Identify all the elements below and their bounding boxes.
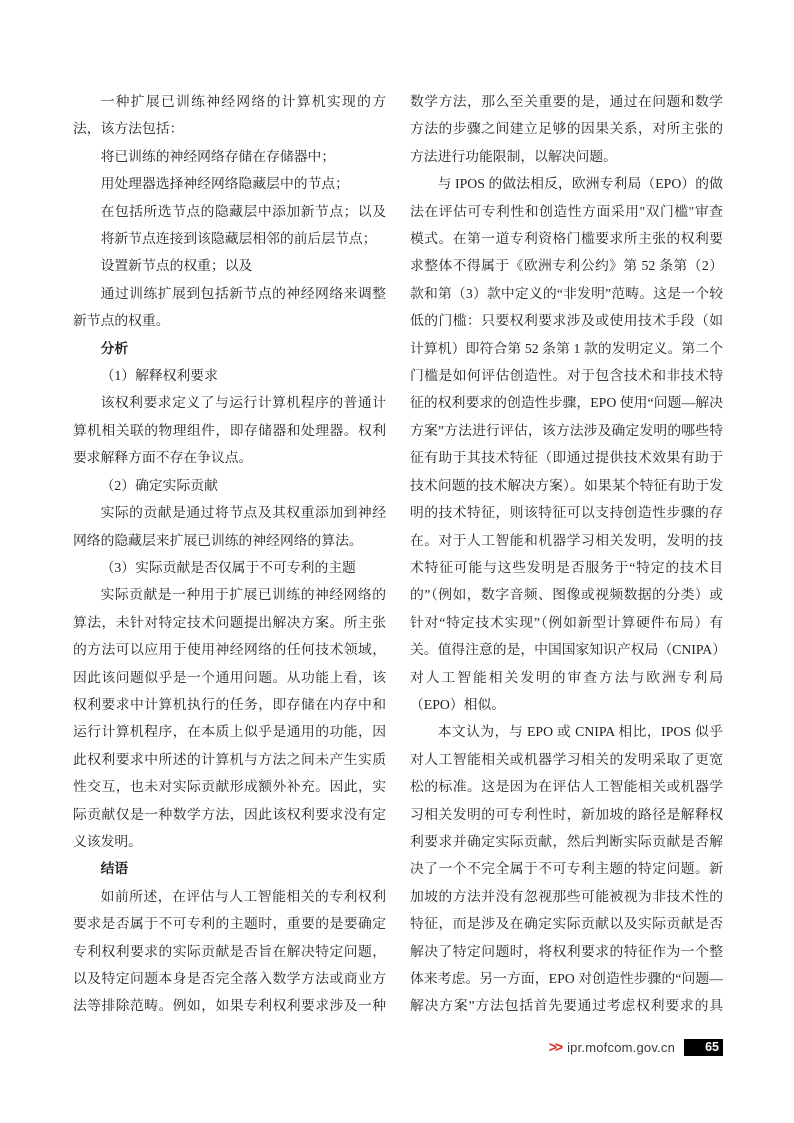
text-line: 算法，未针对特定技术问题提出解决方案。所主张 (73, 609, 386, 636)
text-line: 体来考虑。另一方面，EPO 对创造性步骤的“问题— (410, 965, 723, 992)
text-line: 将已训练的神经网络存储在存储器中； (73, 143, 386, 170)
text-line: 征的权利要求的创造性步骤，EPO 使用“问题—解决 (410, 389, 723, 416)
text-line: 网络的隐藏层来扩展已训练的神经网络的算法。 (73, 527, 386, 554)
double-chevron-right-icon: >> (549, 1039, 561, 1056)
text-line: 关。值得注意的是，中国国家知识产权局（CNIPA） (410, 636, 723, 663)
text-line: 决了一个不完全属于不可专利主题的特定问题。新 (410, 855, 723, 882)
text-line: 通过训练扩展到包括新节点的神经网络来调整 (73, 280, 386, 307)
text-line: 设置新节点的权重；以及 (73, 252, 386, 279)
text-line: 专利权利要求的实际贡献是否旨在解决特定问题， (73, 938, 386, 965)
text-line: 在包括所选节点的隐藏层中添加新节点；以及 (73, 198, 386, 225)
section-heading: 结语 (73, 855, 386, 882)
text-line: 对人工智能相关或机器学习相关的发明采取了更宽 (410, 746, 723, 773)
text-line: 方案”方法进行评估，该方法涉及确定发明的哪些特 (410, 417, 723, 444)
text-line: 以及特定问题本身是否完全落入数学方法或商业方 (73, 965, 386, 992)
text-line: 的方法可以应用于使用神经网络的任何技术领域， (73, 636, 386, 663)
text-line: 模式。在第一道专利资格门槛要求所主张的权利要 (410, 225, 723, 252)
text-line: 术特征可能与这些发明是否服务于“特定的技术目 (410, 554, 723, 581)
text-line: 该权利要求定义了与运行计算机程序的普通计 (73, 389, 386, 416)
text-line: 新节点的权重。 (73, 307, 386, 334)
text-line: 加坡的方法并没有忽视那些可能被视为非技术性的 (410, 883, 723, 910)
text-line: 本文认为，与 EPO 或 CNIPA 相比，IPOS 似乎 (410, 718, 723, 745)
text-line: 解决了特定问题时，将权利要求的特征作为一个整 (410, 938, 723, 965)
text-line: 与 IPOS 的做法相反，欧洲专利局（EPO）的做 (410, 170, 723, 197)
text-column-left: 一种扩展已训练神经网络的计算机实现的方法，该方法包括：将已训练的神经网络存储在存… (73, 88, 386, 1020)
text-line: 此权利要求中所述的计算机与方法之间未产生实质 (73, 746, 386, 773)
text-line: 如前所述，在评估与人工智能相关的专利权利 (73, 883, 386, 910)
text-line: 习相关发明的可专利性时，新加坡的路径是解释权 (410, 801, 723, 828)
text-line: 技术问题的技术解决方案）。如果某个特征有助于发 (410, 472, 723, 499)
text-line: 数学方法，那么至关重要的是，通过在问题和数学 (410, 88, 723, 115)
text-line: 义该发明。 (73, 828, 386, 855)
text-line: 法，该方法包括： (73, 115, 386, 142)
text-line: 因此该问题似乎是一个通用问题。从功能上看，该 (73, 664, 386, 691)
text-line: 法等排除范畴。例如，如果专利权利要求涉及一种 (73, 992, 386, 1019)
text-line: 法在评估可专利性和创造性方面采用"双门槛"审查 (410, 198, 723, 225)
section-heading: 分析 (73, 335, 386, 362)
text-line: 权利要求中计算机执行的任务，即存储在内存中和 (73, 691, 386, 718)
page-number-badge: 65 (684, 1039, 723, 1056)
text-line: （1）解释权利要求 (73, 362, 386, 389)
text-line: 运行计算机程序，在本质上似乎是通用的功能，因 (73, 718, 386, 745)
text-line: 用处理器选择神经网络隐藏层中的节点； (73, 170, 386, 197)
text-line: 要求解释方面不存在争议点。 (73, 444, 386, 471)
text-line: 解决方案”方法包括首先要通过考虑权利要求的具 (410, 992, 723, 1019)
text-line: 实际的贡献是通过将节点及其权重添加到神经 (73, 499, 386, 526)
page-footer: >> ipr.mofcom.gov.cn 65 (0, 1038, 723, 1056)
text-line: 征有助于其技术特征（即通过提供技术效果有助于 (410, 444, 723, 471)
text-line: 的”（例如，数字音频、图像或视频数据的分类）或 (410, 581, 723, 608)
text-line: 计算机）即符合第 52 条第 1 款的发明定义。第二个 (410, 335, 723, 362)
text-line: 在。对于人工智能和机器学习相关发明，发明的技 (410, 527, 723, 554)
text-line: 松的标准。这是因为在评估人工智能相关或机器学 (410, 773, 723, 800)
text-line: 性交互，也未对实际贡献形成额外补充。因此，实 (73, 773, 386, 800)
text-line: 求整体不得属于《欧洲专利公约》第 52 条第（2） (410, 252, 723, 279)
text-line: 门槛是如何评估创造性。对于包含技术和非技术特 (410, 362, 723, 389)
text-line: 要求是否属于不可专利的主题时，重要的是要确定 (73, 910, 386, 937)
text-line: 方法的步骤之间建立足够的因果关系，对所主张的 (410, 115, 723, 142)
text-line: （EPO）相似。 (410, 691, 723, 718)
footer-url: ipr.mofcom.gov.cn (567, 1040, 675, 1055)
text-line: 明的技术特征，则该特征可以支持创造性步骤的存 (410, 499, 723, 526)
text-line: 将新节点连接到该隐藏层相邻的前后层节点； (73, 225, 386, 252)
text-line: 特征，而是涉及在确定实际贡献以及实际贡献是否 (410, 910, 723, 937)
text-line: 算机相关联的物理组件，即存储器和处理器。权利 (73, 417, 386, 444)
text-line: 方法进行功能限制，以解决问题。 (410, 143, 723, 170)
text-line: 实际贡献是一种用于扩展已训练的神经网络的 (73, 581, 386, 608)
text-line: （2）确定实际贡献 (73, 472, 386, 499)
text-line: 款和第（3）款中定义的“非发明”范畴。这是一个较 (410, 280, 723, 307)
text-column-right: 数学方法，那么至关重要的是，通过在问题和数学方法的步骤之间建立足够的因果关系，对… (410, 88, 723, 1020)
text-line: 利要求并确定实际贡献，然后判断实际贡献是否解 (410, 828, 723, 855)
text-line: 针对“特定技术实现”（例如新型计算硬件布局）有 (410, 609, 723, 636)
text-line: 对人工智能相关发明的审查方法与欧洲专利局 (410, 664, 723, 691)
text-line: 低的门槛：只要权利要求涉及或使用技术手段（如 (410, 307, 723, 334)
text-line: （3）实际贡献是否仅属于不可专利的主题 (73, 554, 386, 581)
text-line: 际贡献仅是一种数学方法，因此该权利要求没有定 (73, 801, 386, 828)
document-page: 一种扩展已训练神经网络的计算机实现的方法，该方法包括：将已训练的神经网络存储在存… (0, 0, 794, 1123)
text-line: 一种扩展已训练神经网络的计算机实现的方 (73, 88, 386, 115)
